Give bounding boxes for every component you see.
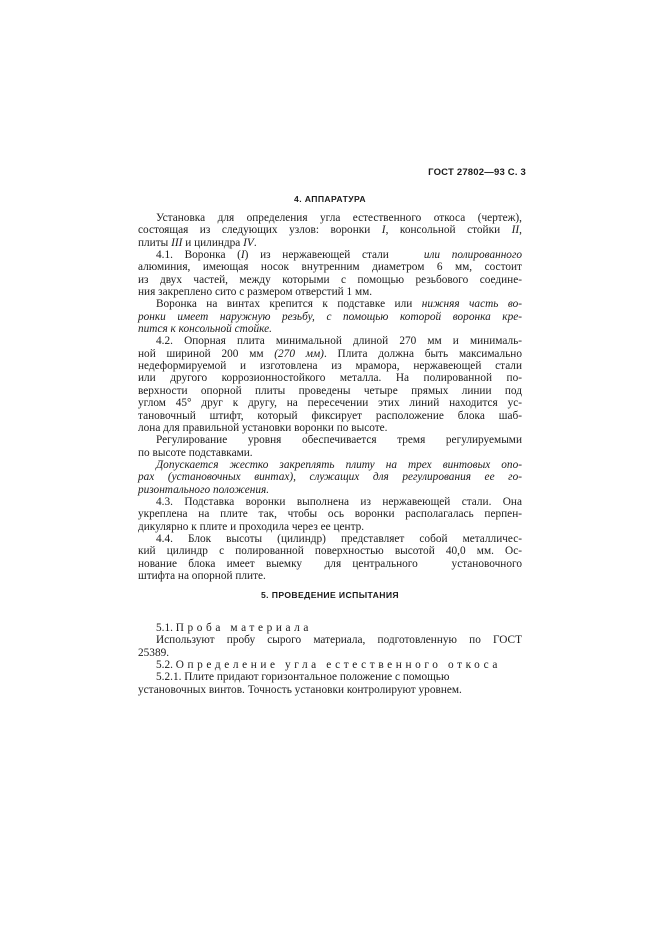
- text-line: Используют пробу сырого материала, подго…: [138, 634, 522, 646]
- text-line: из двух частей, между которыми с помощью…: [138, 274, 522, 286]
- text-line: дикулярно к плите и проходила через ее ц…: [138, 521, 522, 533]
- text-line: 4.1. Воронка (I) из нержавеющей стали ил…: [138, 249, 522, 261]
- text-line: углом 45° друг к другу, на пересечении э…: [138, 397, 522, 409]
- text-line: алюминия, имеющая носок внутренним диаме…: [138, 261, 522, 273]
- text-line: штифта на опорной плите.: [138, 570, 522, 582]
- text-line: недеформируемой и изготовлена из мрамора…: [138, 360, 522, 372]
- section-5-body: 5.1. Проба материала Используют пробу сы…: [138, 622, 522, 696]
- text-line: 4.3. Подставка воронки выполнена из нерж…: [138, 496, 522, 508]
- text-line: тановочный штифт, который фиксирует расп…: [138, 410, 522, 422]
- text-line: 5.2.1. Плите придают горизонтальное поло…: [138, 671, 522, 683]
- subsection-5-2-heading: 5.2. Определение угла естественного отко…: [138, 659, 522, 671]
- text-line: по высоте подставками.: [138, 447, 522, 459]
- clause-title: Определение угла естественного откоса: [176, 659, 501, 671]
- section-5-title: 5. ПРОВЕДЕНИЕ ИСПЫТАНИЯ: [138, 590, 522, 600]
- text-line: ронки имеет наружную резьбу, с помощью к…: [138, 311, 522, 323]
- subsection-5-1-heading: 5.1. Проба материала: [138, 622, 522, 634]
- clause-title: Проба материала: [176, 622, 312, 634]
- text-line: или другого коррозионностойкого металла.…: [138, 372, 522, 384]
- text-line: кий цилиндр с полированной поверхностью …: [138, 545, 522, 557]
- text-line: состоящая из следующих узлов: воронки I,…: [138, 224, 522, 236]
- text-line: верхности опорной плиты проведены четыре…: [138, 385, 522, 397]
- text-line: Воронка на винтах крепится к подставке и…: [138, 298, 522, 310]
- text-line: 4.2. Опорная плита минимальной длиной 27…: [138, 335, 522, 347]
- text-line: Регулирование уровня обеспечивается трем…: [138, 434, 522, 446]
- text-line: плиты III и цилиндра IV.: [138, 237, 522, 249]
- text-line: Допускается жестко закреплять плиту на т…: [138, 459, 522, 471]
- text-line: укреплена на плите так, чтобы ось воронк…: [138, 508, 522, 520]
- text-line: рах (установочных винтах), служащих для …: [138, 471, 522, 483]
- text-line: ризонтального положения.: [138, 484, 522, 496]
- text-line: лона для правильной установки воронки по…: [138, 422, 522, 434]
- page-header-doc-ref: ГОСТ 27802—93 С. 3: [414, 167, 526, 178]
- text-line: 25389.: [138, 647, 522, 659]
- section-4-body: Установка для определения угла естествен…: [138, 212, 522, 582]
- text-line: Установка для определения угла естествен…: [138, 212, 522, 224]
- text-line: ной шириной 200 мм (270 мм). Плита должн…: [138, 348, 522, 360]
- document-page: ГОСТ 27802—93 С. 3 4. АППАРАТУРА Установ…: [0, 0, 661, 935]
- text-line: 4.4. Блок высоты (цилиндр) представляет …: [138, 533, 522, 545]
- text-line: нование блока имеет выемку для центральн…: [138, 558, 522, 570]
- text-line: установочных винтов. Точность установки …: [138, 684, 522, 696]
- clause-number: 5.1.: [156, 622, 173, 634]
- text-line: пится к консольной стойке.: [138, 323, 522, 335]
- section-4-title: 4. АППАРАТУРА: [138, 194, 522, 204]
- text-line: ния закреплено сито с размером отверстий…: [138, 286, 522, 298]
- clause-number: 5.2.: [156, 659, 173, 671]
